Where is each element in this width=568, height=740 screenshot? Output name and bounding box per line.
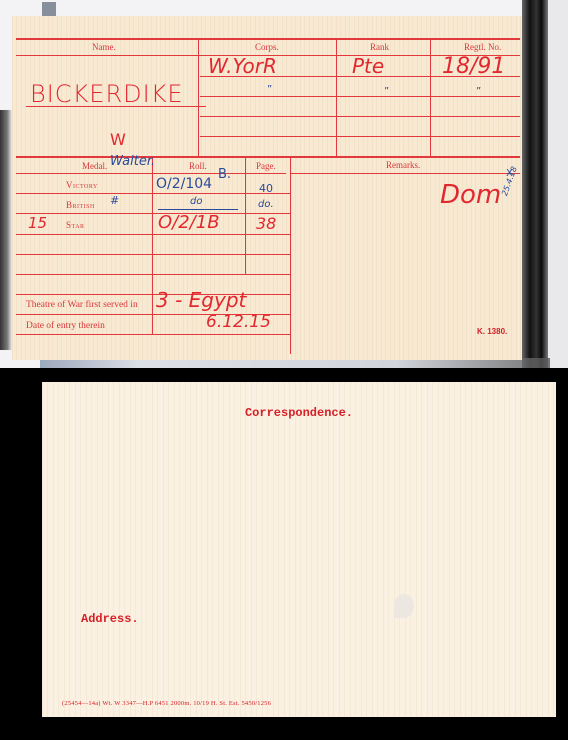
- header-rank: Rank: [370, 42, 389, 52]
- ditto-rank: ”: [384, 86, 389, 97]
- corps-entry: W.YorR: [208, 54, 277, 78]
- page-star: 38: [256, 214, 276, 233]
- printer-imprint: (25454—14a) Wt. W 3347—H.P 6451 2000m. 1…: [62, 700, 271, 707]
- mark-british: #: [110, 194, 119, 207]
- correspondence-title: Correspondence.: [42, 406, 556, 420]
- ditto-regtl: ”: [476, 86, 481, 97]
- rule-remarks-header: [290, 173, 520, 174]
- medal-card-front: Name. Corps. Rank Regtl. No. BICKERDIKE …: [12, 16, 522, 360]
- rule-row3: [200, 116, 520, 117]
- header-remarks: Remarks.: [386, 160, 420, 170]
- rule-bottom: [16, 334, 290, 335]
- header-page: Page.: [256, 161, 276, 171]
- divider-name-corps: [198, 38, 199, 156]
- rule-name-header: [16, 55, 202, 56]
- remarks-date: 25.4.18: [500, 165, 519, 197]
- rule-medal-row4: [16, 254, 290, 255]
- header-regtl-no: Regtl. No.: [464, 42, 501, 52]
- initial-entry: W: [110, 130, 126, 149]
- ditto-corps: ”: [267, 84, 272, 95]
- roll-suffix-victory: B.: [218, 167, 231, 182]
- stain-mark: [394, 594, 414, 618]
- roll-british: do: [190, 196, 202, 207]
- roll-victory: O/2/104: [156, 176, 212, 192]
- rule-row2: [200, 96, 520, 97]
- theatre-value: 3 - Egypt: [156, 288, 246, 312]
- divider-table-remarks: [290, 156, 291, 354]
- date-entry-label: Date of entry therein: [26, 321, 105, 331]
- rule-medal-row3: [16, 234, 290, 235]
- divider-medal-roll: [152, 156, 153, 334]
- medal-card-back: Correspondence. Address. (25454—14a) Wt.…: [42, 382, 556, 717]
- date-entry-value: 6.12.15: [206, 312, 271, 332]
- medal-victory: Victory: [66, 180, 98, 190]
- scan-smudge: [42, 2, 56, 16]
- scan-margin-right: [548, 0, 568, 368]
- rule-theatre: [16, 294, 290, 295]
- regtl-no-entry: 18/91: [442, 54, 505, 79]
- divider-corps-rank: [336, 38, 337, 156]
- address-label: Address.: [81, 612, 139, 626]
- scan-shadow-left: [0, 110, 12, 350]
- divider-rank-regtl: [430, 38, 431, 156]
- roll-ditto-line: [158, 209, 238, 210]
- header-medal: Medal.: [82, 161, 107, 171]
- medal-british: British: [66, 200, 95, 210]
- rule-row4: [200, 136, 520, 137]
- header-corps: Corps.: [255, 42, 279, 52]
- rule-medal-row1: [16, 193, 290, 194]
- rule-mid: [16, 156, 520, 158]
- star-prefix: 15: [28, 214, 47, 232]
- rule-medal-row2: [16, 213, 290, 214]
- scan-edge-right: [522, 0, 548, 368]
- surname-entry: BICKERDIKE: [30, 80, 184, 108]
- header-roll: Roll.: [189, 161, 207, 171]
- medal-star: Star: [66, 220, 85, 230]
- roll-star: O/2/1B: [158, 212, 220, 233]
- rule-medal-row5: [16, 274, 290, 275]
- header-name: Name.: [92, 42, 116, 52]
- page-victory: 40: [259, 182, 273, 195]
- rule-top: [16, 38, 520, 40]
- page-british: do.: [258, 199, 274, 210]
- remarks-signature: Dom: [440, 180, 501, 210]
- rank-entry: Pte: [352, 54, 384, 78]
- form-number: K. 1380.: [477, 327, 507, 336]
- theatre-label: Theatre of War first served in: [26, 300, 138, 310]
- divider-roll-page: [245, 156, 246, 274]
- forename-annotation: Walter.: [110, 154, 155, 169]
